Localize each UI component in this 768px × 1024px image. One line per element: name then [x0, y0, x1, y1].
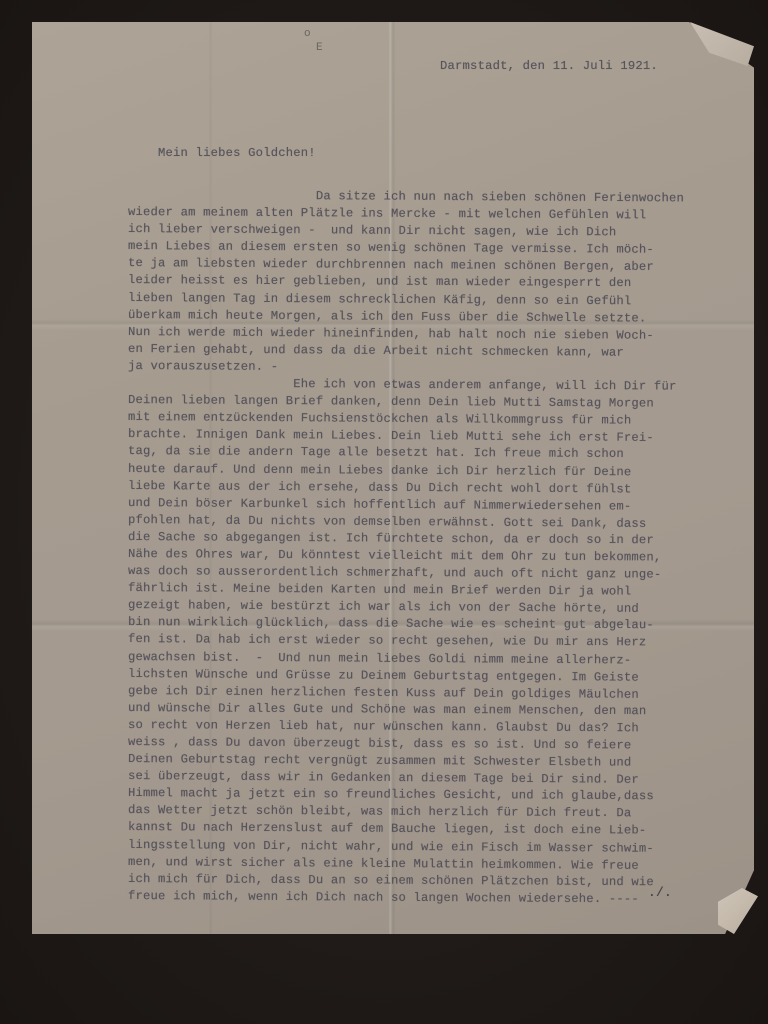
top-mark-2: E — [316, 42, 323, 54]
continuation-mark: ./. — [648, 884, 672, 901]
top-mark-1: o — [304, 28, 311, 40]
letter-body: Da sitze ich nun nach sieben schönen Fer… — [128, 187, 684, 905]
date-line: Darmstadt, den 11. Juli 1921. — [440, 58, 658, 75]
letter-line: freue ich mich, wenn ich Dich nach so la… — [128, 888, 684, 909]
salutation: Mein liebes Goldchen! — [158, 145, 316, 162]
